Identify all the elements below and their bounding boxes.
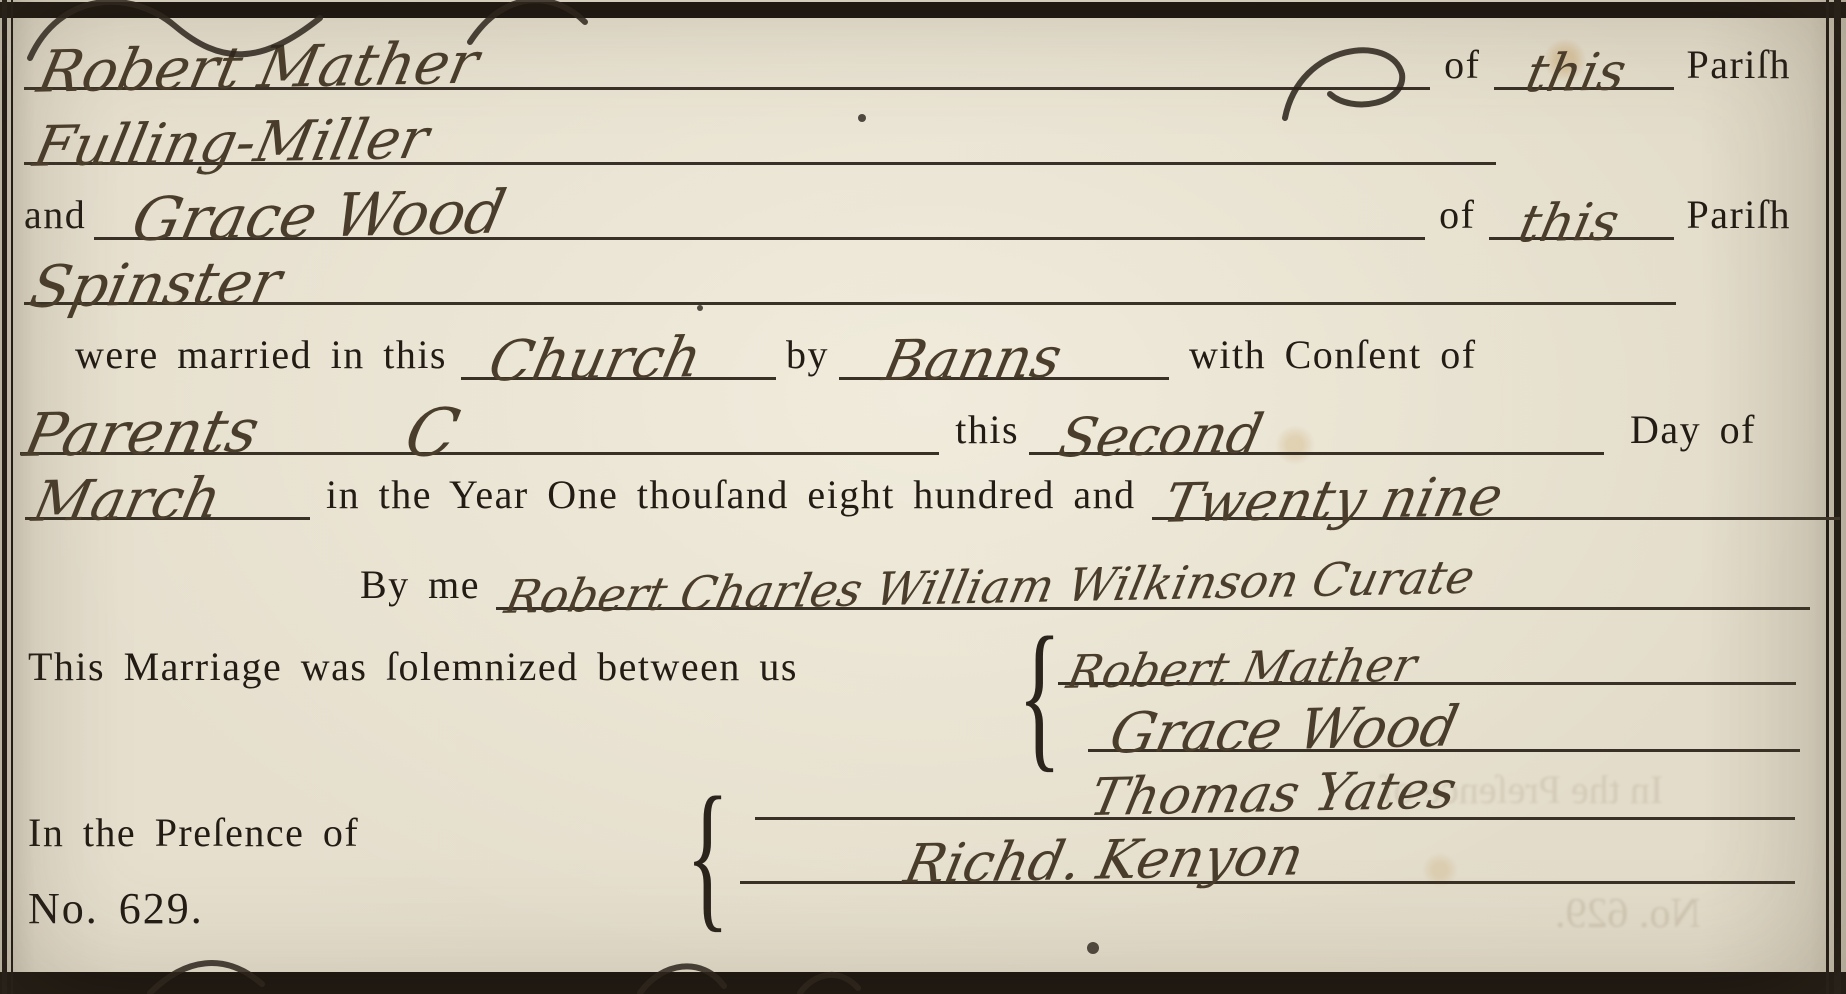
witness2-handwritten: Richd. Kenyon bbox=[740, 833, 1307, 891]
presence-printed: In the Preſence of bbox=[28, 813, 359, 858]
ink-dot-2 bbox=[1087, 942, 1099, 954]
year-line: Twenty nine bbox=[1152, 431, 1840, 520]
groom-parish-handwritten: this bbox=[1494, 50, 1630, 97]
entry-number: No. 629. bbox=[28, 887, 204, 936]
by-me-label: By me bbox=[360, 565, 480, 610]
witness2-row: Richd. Kenyon bbox=[740, 798, 1795, 884]
parish-label-2: Pariſh bbox=[1686, 195, 1791, 240]
entry-number-row: No. 629. bbox=[28, 860, 204, 936]
groom-parish-line: this bbox=[1494, 1, 1674, 90]
witness2-line: Richd. Kenyon bbox=[740, 795, 1795, 884]
solemnized-printed: This Marriage was ſolemnized between us bbox=[28, 647, 798, 692]
solemnized-printed-row: This Marriage was ſolemnized between us bbox=[28, 606, 798, 692]
month-line: March bbox=[25, 431, 310, 520]
year-printed: in the Year One thouſand eight hundred a… bbox=[326, 475, 1136, 520]
parish-label: Pariſh bbox=[1686, 45, 1791, 90]
left-border-line-inner bbox=[11, 0, 13, 994]
register-page: In the Preſence of No. 629. Robert Mathe… bbox=[0, 0, 1846, 994]
month-handwritten: March bbox=[25, 475, 225, 527]
year-handwritten: Twenty nine bbox=[1152, 474, 1506, 527]
ghost-entry-number: No. 629. bbox=[1555, 890, 1701, 938]
presence-printed-row: In the Preſence of bbox=[28, 772, 359, 858]
presence-brace: { bbox=[686, 772, 730, 937]
bottom-border-bar bbox=[0, 972, 1846, 994]
year-row: March in the Year One thouſand eight hun… bbox=[25, 434, 1840, 520]
left-border-line bbox=[2, 0, 7, 994]
